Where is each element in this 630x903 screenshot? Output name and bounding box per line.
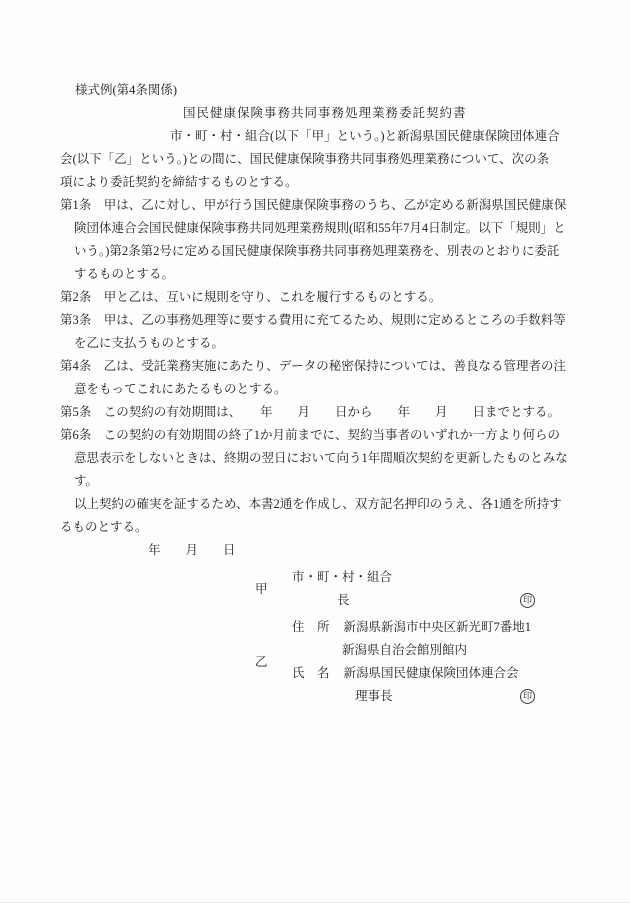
clause-3-line-1: 第3条 甲は、乙の事務処理等に要する費用に充てるため、規則に定めるところの手数料… <box>60 309 570 332</box>
body-line-preamble-1: 市・町・村・組合(以下「甲」という。)と新潟県国民健康保険団体連合 <box>170 125 570 148</box>
party-otsu-label: 乙 <box>255 651 269 674</box>
party-kou-block: 甲 市・町・村・組合 長 印 <box>60 566 570 612</box>
otsu-address-label: 住 所 <box>292 616 330 639</box>
clause-4-line-1: 第4条 乙は、受託業務実施にあたり、データの秘密保持については、善良なる管理者の… <box>60 355 570 378</box>
clause-3-line-2: を乙に支払うものとする。 <box>74 332 570 355</box>
clause-6-line-3: す。 <box>74 470 570 493</box>
clause-5-line-1: 第5条 この契約の有効期間は、 年 月 日から 年 月 日までとする。 <box>60 401 570 424</box>
clause-6-line-1: 第6条 この契約の有効期間の終了1か月前までに、契約当事者のいずれか一方より何ら… <box>60 424 570 447</box>
clause-1-line-2: 険団体連合会国民健康保険事務共同処理業務規則(昭和55年7月4日制定。以下「規則… <box>74 217 570 240</box>
kou-seal-icon: 印 <box>520 593 535 608</box>
contract-document-page: 様式例(第4条関係) 国民健康保険事務共同事務処理業務委託契約書 市・町・村・組… <box>0 0 630 903</box>
form-label: 様式例(第4条関係) <box>75 79 570 102</box>
clause-1-line-1: 第1条 甲は、乙に対し、甲が行う国民健康保険事務のうち、乙が定める新潟県国民健康… <box>60 194 570 217</box>
party-kou-organization: 市・町・村・組合 <box>292 566 535 589</box>
date-blank-line: 年 月 日 <box>148 539 570 562</box>
party-otsu-block: 乙 住 所 新潟県新潟市中央区新光町7番地1 新潟県自治会館別館内 氏 名 新潟… <box>60 616 570 708</box>
otsu-address-line2: 新潟県自治会館別館内 <box>292 639 535 662</box>
closing-line-1: 以上契約の確実を証するため、本書2通を作成し、双方記名押印のうえ、各1通を所持す <box>74 493 570 516</box>
otsu-title: 理事長 <box>292 685 393 708</box>
otsu-address-line1: 新潟県新潟市中央区新光町7番地1 <box>344 616 532 639</box>
closing-line-2: るものとする。 <box>60 516 570 539</box>
clause-2-line-1: 第2条 甲と乙は、互いに規則を守り、これを履行するものとする。 <box>60 286 570 309</box>
party-kou-title: 長 <box>292 589 350 612</box>
document-title: 国民健康保険事務共同事務処理業務委託契約書 <box>183 102 570 125</box>
body-line-preamble-3: 項により委託契約を締結するものとする。 <box>60 171 570 194</box>
clause-1-line-4: するものとする。 <box>74 263 570 286</box>
clause-1-line-3: いう。)第2条第2号に定める国民健康保険事務共同事務処理業務を、別表のとおりに委… <box>74 240 570 263</box>
clause-4-line-2: 意をもってこれにあたるものとする。 <box>74 378 570 401</box>
party-kou-label: 甲 <box>255 578 269 601</box>
clause-6-line-2: 意思表示をしないときは、終期の翌日において向う1年間順次契約を更新したものとみな <box>74 447 570 470</box>
otsu-seal-icon: 印 <box>520 689 535 704</box>
otsu-name: 新潟県国民健康保険団体連合会 <box>344 662 519 685</box>
body-line-preamble-2: 会(以下「乙」という。)との間に、国民健康保険事務共同事務処理業務について、次の… <box>60 148 570 171</box>
otsu-name-label: 氏 名 <box>292 662 330 685</box>
